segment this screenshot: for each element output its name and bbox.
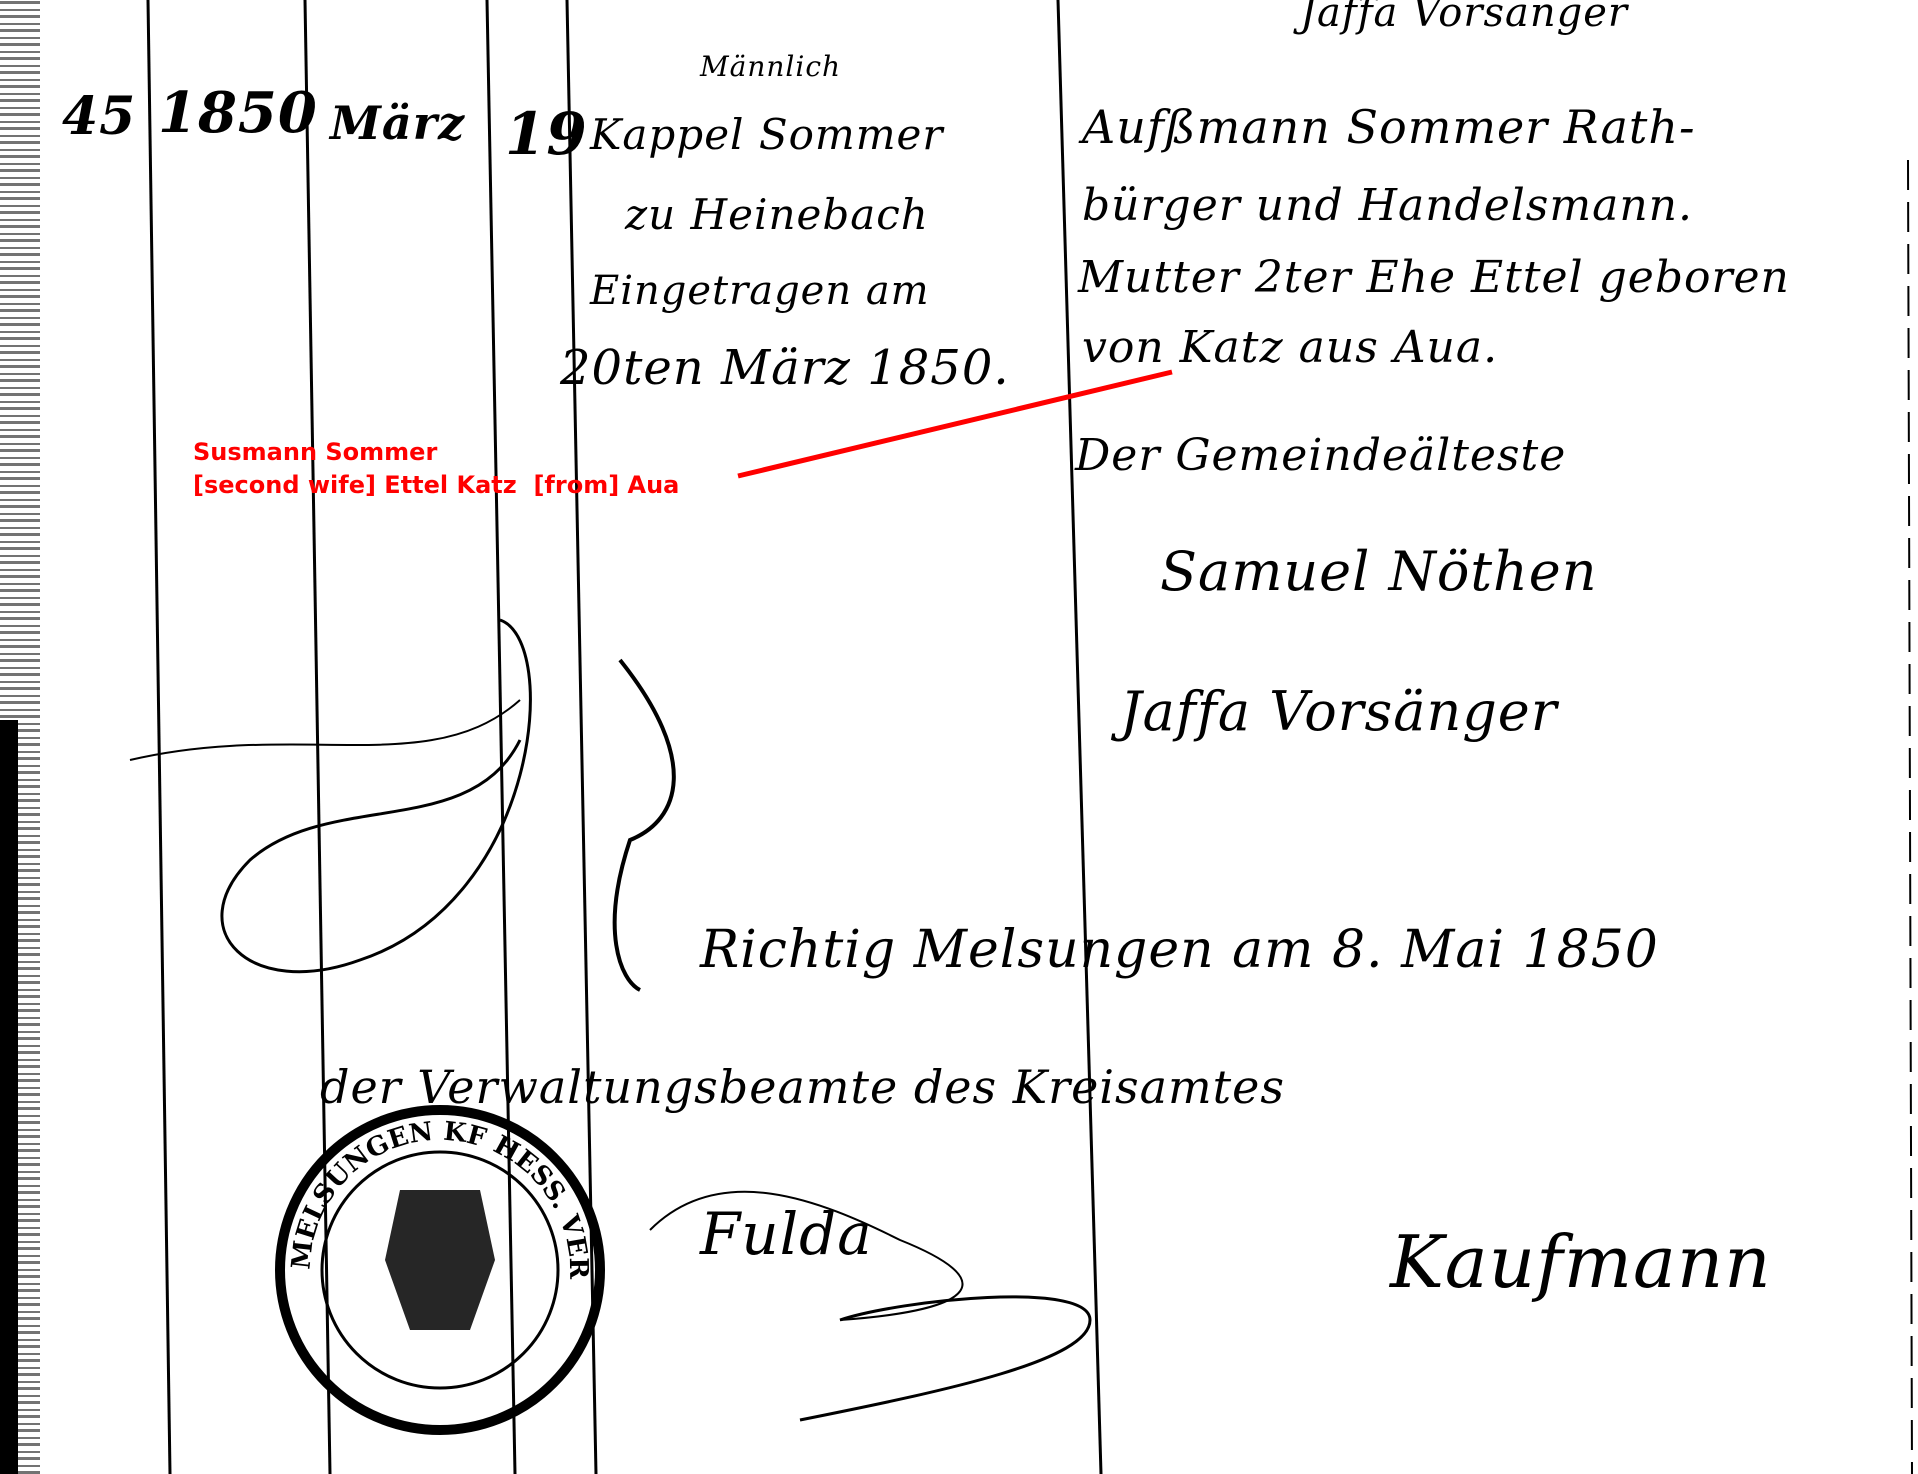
entry-day: 19 — [505, 100, 588, 168]
father-line-2: bürger und Handelsmann. — [1082, 180, 1693, 231]
document-scan: MELSUNGEN KF HESS. VERWALTUNGSAMT Jaffa … — [0, 0, 1918, 1474]
father-line-1: Aufßmann Sommer Rath- — [1082, 100, 1696, 154]
entry-year: 1850 — [158, 80, 318, 146]
witness-2: Jaffa Vorsänger — [1120, 680, 1558, 743]
child-sex: Männlich — [700, 50, 841, 83]
registered-date: 20ten März 1850. — [560, 340, 1010, 396]
annotation-line-1: Susmann Sommer — [193, 438, 437, 466]
entry-number: 45 — [62, 86, 136, 147]
witness-1: Samuel Nöthen — [1160, 540, 1598, 603]
mother-line-1: Mutter 2ter Ehe Ettel geboren — [1078, 252, 1790, 303]
signature-left: Fulda — [700, 1200, 873, 1268]
mother-line-2: von Katz aus Aua. — [1082, 322, 1498, 373]
witness-heading: Der Gemeindeälteste — [1075, 430, 1566, 481]
closing-line-2: der Verwaltungsbeamte des Kreisamtes — [320, 1060, 1285, 1114]
annotation-label: Susmann Sommer [second wife] Ettel Katz … — [193, 436, 679, 502]
registered-label: Eingetragen am — [590, 268, 930, 314]
child-name: Kappel Sommer — [590, 110, 943, 159]
annotation-line-2: [second wife] Ettel Katz [from] Aua — [193, 471, 679, 499]
header-fragment: Jaffa Vorsänger — [1300, 0, 1628, 36]
child-place: zu Heinebach — [625, 190, 929, 239]
entry-month: März — [330, 96, 465, 150]
signature-right: Kaufmann — [1390, 1220, 1772, 1304]
closing-line-1: Richtig Melsungen am 8. Mai 1850 — [700, 920, 1659, 980]
